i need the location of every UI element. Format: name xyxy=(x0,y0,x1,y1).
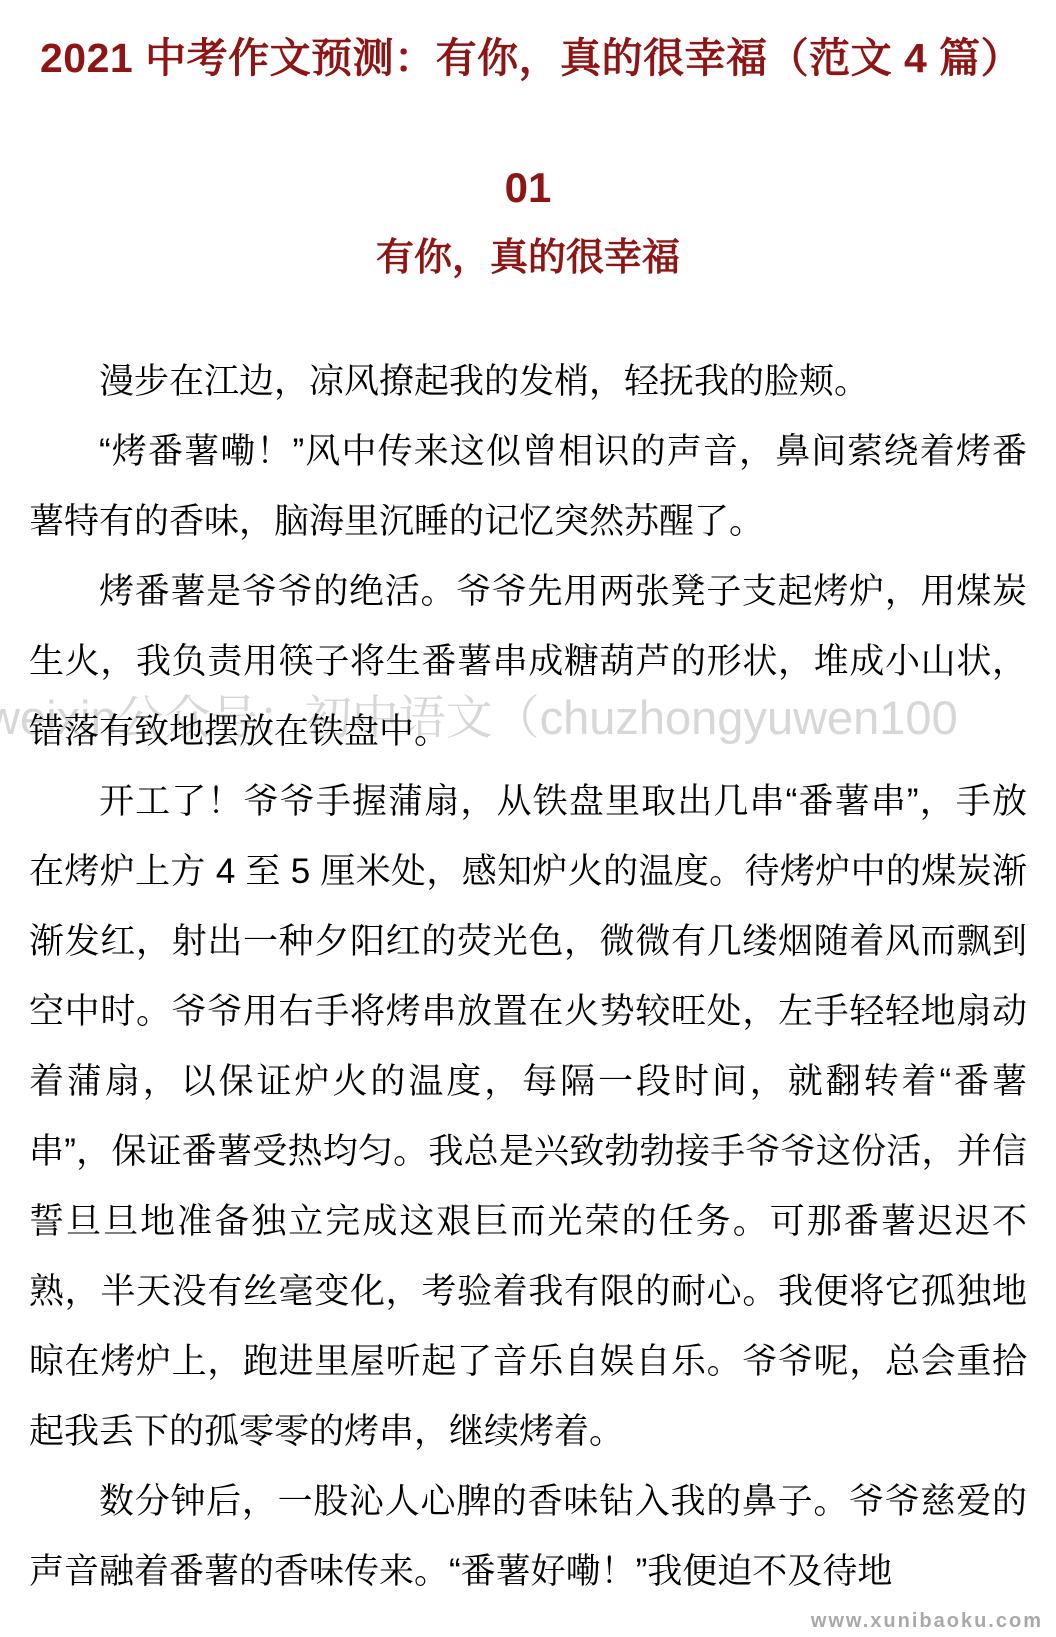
essay-paragraph: 烤番薯是爷爷的绝活。爷爷先用两张凳子支起烤炉，用煤炭生火，我负责用筷子将生番薯串… xyxy=(29,557,1027,767)
essay-body: 漫步在江边，凉风撩起我的发梢，轻抚我的脸颊。 “烤番薯嘞！”风中传来这似曾相识的… xyxy=(29,347,1027,1607)
document-page: weixin公众号：初中语文（chuzhongyuwen100 2021 中考作… xyxy=(0,0,1056,1637)
section-number: 01 xyxy=(0,165,1056,211)
essay-paragraph: 漫步在江边，凉风撩起我的发梢，轻抚我的脸颊。 xyxy=(29,347,1027,417)
section-title: 有你，真的很幸福 xyxy=(0,235,1056,281)
essay-paragraph: 数分钟后，一股沁人心脾的香味钻入我的鼻子。爷爷慈爱的声音融着番薯的香味传来。“番… xyxy=(29,1467,1027,1607)
essay-paragraph: 开工了！爷爷手握蒲扇，从铁盘里取出几串“番薯串”，手放在烤炉上方 4 至 5 厘… xyxy=(29,767,1027,1467)
essay-paragraph: “烤番薯嘞！”风中传来这似曾相识的声音，鼻间萦绕着烤番薯特有的香味，脑海里沉睡的… xyxy=(29,417,1027,557)
document-title: 2021 中考作文预测：有你，真的很幸福（范文 4 篇） xyxy=(0,31,1056,85)
document-content: 2021 中考作文预测：有你，真的很幸福（范文 4 篇） 01 有你，真的很幸福… xyxy=(0,31,1056,1607)
site-watermark: www.xunibaoku.com xyxy=(811,1610,1043,1633)
